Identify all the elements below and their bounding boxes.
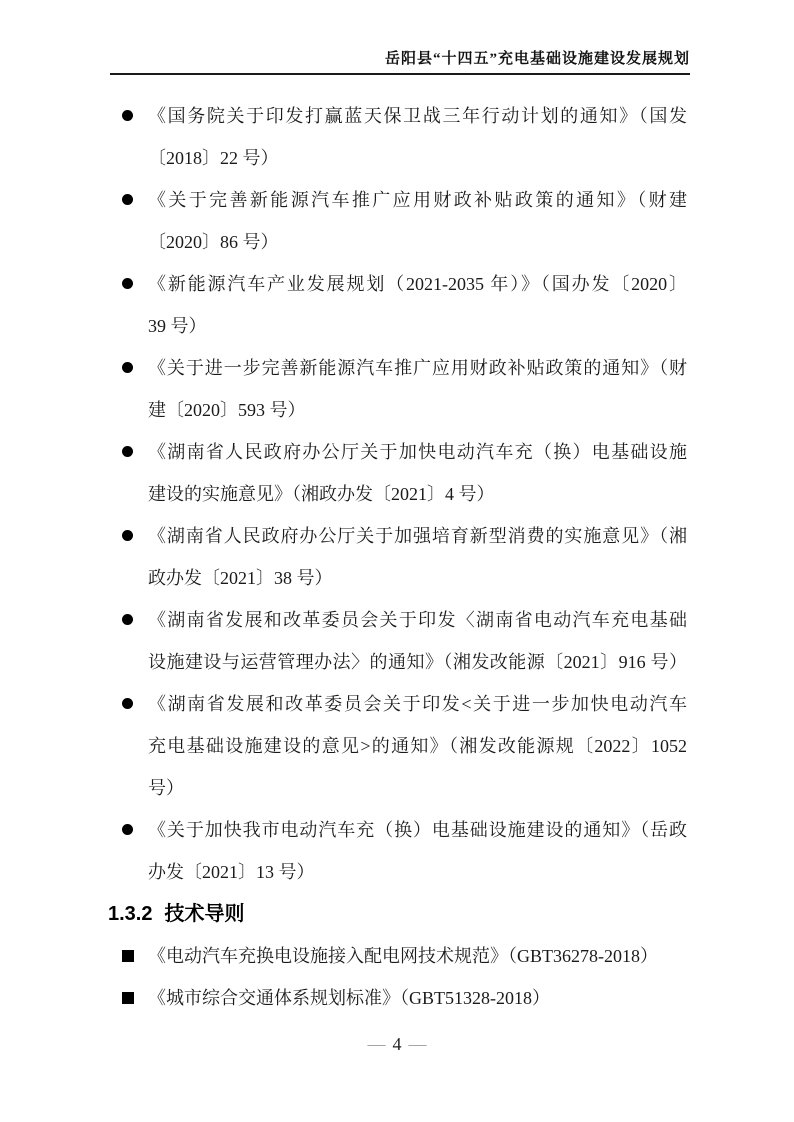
section-heading: 1.3.2技术导则 [108, 893, 687, 935]
bullet-circle-icon [122, 362, 133, 373]
bullet-circle-icon [122, 278, 133, 289]
list-item: 《湖南省发展和改革委员会关于印发<关于进一步加快电动汽车 充电基础设施建设的意见… [108, 683, 687, 809]
list-item-line: 《湖南省发展和改革委员会关于印发<关于进一步加快电动汽车 [148, 683, 687, 725]
list-item-line: 《关于完善新能源汽车推广应用财政补贴政策的通知》（财建 [148, 179, 687, 221]
document-body: 《国务院关于印发打赢蓝天保卫战三年行动计划的通知》（国发 〔2018〕22 号）… [108, 95, 687, 1019]
footer-dash-left: — [368, 1034, 386, 1054]
section-number: 1.3.2 [108, 903, 152, 925]
bullet-circle-icon [122, 110, 133, 121]
bullet-circle-icon [122, 446, 133, 457]
list-item-line: 《城市综合交通体系规划标准》（GBT51328-2018） [148, 977, 687, 1019]
list-item-line: 《湖南省发展和改革委员会关于印发〈湖南省电动汽车充电基础 [148, 599, 687, 641]
list-item-line: 〔2018〕22 号） [148, 137, 687, 179]
list-item: 《湖南省人民政府办公厅关于加强培育新型消费的实施意见》（湘 政办发〔2021〕3… [108, 515, 687, 599]
header-rule [110, 73, 690, 75]
header-title: 岳阳县“十四五”充电基础设施建设发展规划 [110, 47, 690, 68]
list-item-line: 号） [148, 767, 687, 809]
list-item-line: 《关于进一步完善新能源汽车推广应用财政补贴政策的通知》（财 [148, 347, 687, 389]
list-item-line: 设施建设与运营管理办法〉的通知》（湘发改能源〔2021〕916 号） [148, 641, 687, 683]
bullet-circle-icon [122, 824, 133, 835]
bullet-circle-icon [122, 614, 133, 625]
list-item: 《湖南省人民政府办公厅关于加快电动汽车充（换）电基础设施 建设的实施意见》（湘政… [108, 431, 687, 515]
list-item: 《国务院关于印发打赢蓝天保卫战三年行动计划的通知》（国发 〔2018〕22 号） [108, 95, 687, 179]
list-item-line: 39 号） [148, 305, 687, 347]
list-item-line: 建设的实施意见》（湘政办发〔2021〕4 号） [148, 473, 687, 515]
bullet-square-icon [122, 950, 134, 962]
list-item-line: 《电动汽车充换电设施接入配电网技术规范》（GBT36278-2018） [148, 935, 687, 977]
page-footer: —4— [0, 1034, 794, 1055]
list-item-line: 《关于加快我市电动汽车充（换）电基础设施建设的通知》（岳政 [148, 809, 687, 851]
list-item: 《电动汽车充换电设施接入配电网技术规范》（GBT36278-2018） [108, 935, 687, 977]
list-item-line: 政办发〔2021〕38 号） [148, 557, 687, 599]
footer-dash-right: — [409, 1034, 427, 1054]
bullet-circle-icon [122, 698, 133, 709]
list-item: 《关于完善新能源汽车推广应用财政补贴政策的通知》（财建 〔2020〕86 号） [108, 179, 687, 263]
page-number: 4 [393, 1034, 402, 1054]
list-item: 《关于进一步完善新能源汽车推广应用财政补贴政策的通知》（财 建〔2020〕593… [108, 347, 687, 431]
bullet-circle-icon [122, 194, 133, 205]
list-item-line: 《国务院关于印发打赢蓝天保卫战三年行动计划的通知》（国发 [148, 95, 687, 137]
list-item: 《湖南省发展和改革委员会关于印发〈湖南省电动汽车充电基础 设施建设与运营管理办法… [108, 599, 687, 683]
document-page: 岳阳县“十四五”充电基础设施建设发展规划 《国务院关于印发打赢蓝天保卫战三年行动… [0, 0, 794, 1122]
bullet-circle-icon [122, 530, 133, 541]
bullet-square-icon [122, 992, 134, 1004]
list-item: 《城市综合交通体系规划标准》（GBT51328-2018） [108, 977, 687, 1019]
list-item-line: 《湖南省人民政府办公厅关于加强培育新型消费的实施意见》（湘 [148, 515, 687, 557]
list-item-line: 充电基础设施建设的意见>的通知》（湘发改能源规〔2022〕1052 [148, 725, 687, 767]
list-item: 《新能源汽车产业发展规划（2021-2035 年）》（国办发〔2020〕 39 … [108, 263, 687, 347]
list-item-line: 办发〔2021〕13 号） [148, 851, 687, 893]
list-item-line: 《湖南省人民政府办公厅关于加快电动汽车充（换）电基础设施 [148, 431, 687, 473]
list-item: 《关于加快我市电动汽车充（换）电基础设施建设的通知》（岳政 办发〔2021〕13… [108, 809, 687, 893]
section-title: 技术导则 [164, 903, 244, 925]
list-item-line: 〔2020〕86 号） [148, 221, 687, 263]
list-item-line: 建〔2020〕593 号） [148, 389, 687, 431]
list-item-line: 《新能源汽车产业发展规划（2021-2035 年）》（国办发〔2020〕 [148, 263, 687, 305]
